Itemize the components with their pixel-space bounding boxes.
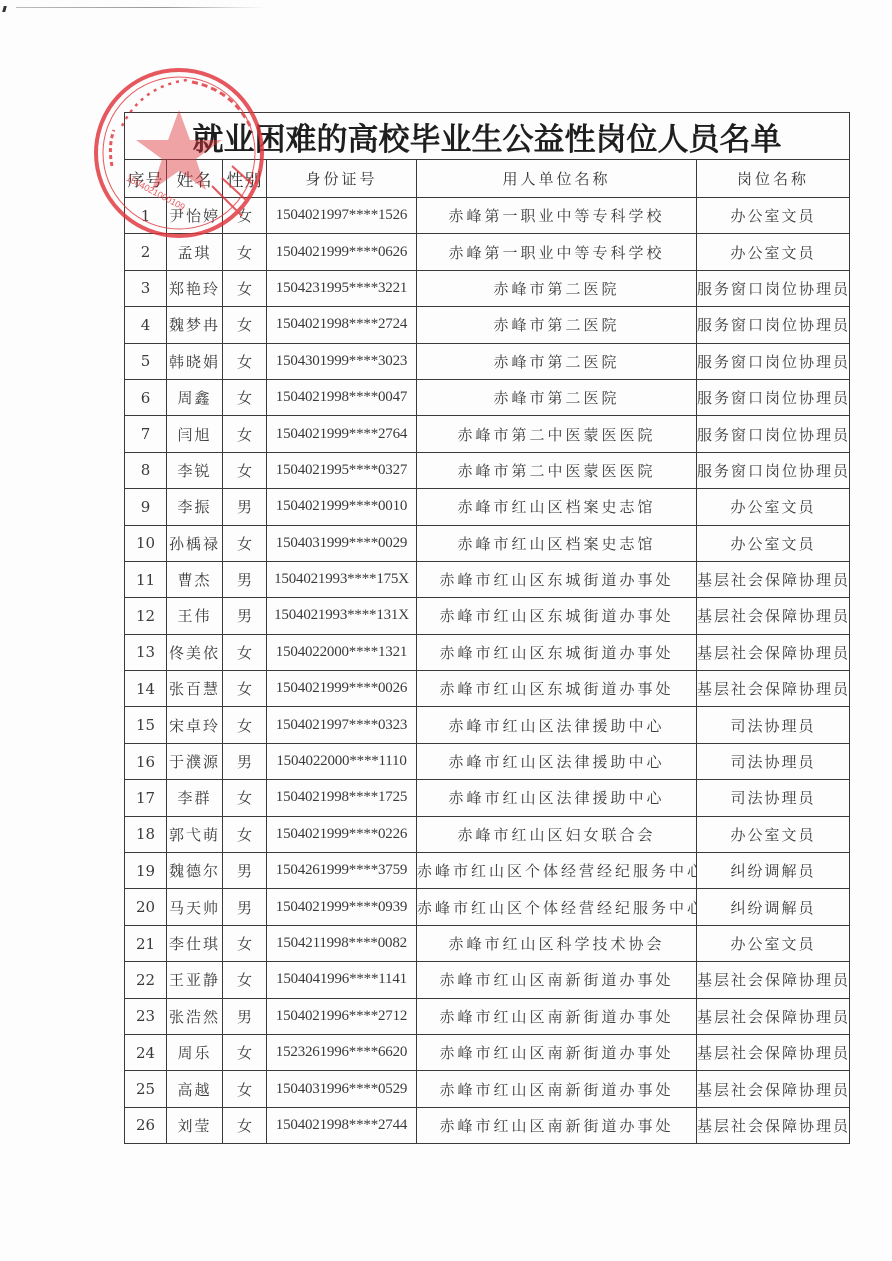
cell-gender: 男: [223, 743, 267, 779]
cell-name: 张浩然: [167, 998, 223, 1034]
cell-id: 1504022000****1321: [267, 634, 417, 670]
cell-id: 1504021998****2744: [267, 1107, 417, 1143]
cell-gender: 男: [223, 853, 267, 889]
cell-unit: 赤峰市第二医院: [417, 270, 697, 306]
cell-no: 24: [125, 1034, 167, 1070]
cell-id: 1504021998****0047: [267, 379, 417, 415]
cell-name: 马天帅: [167, 889, 223, 925]
table-row: 15宋卓玲女1504021997****0323赤峰市红山区法律援助中心司法协理…: [125, 707, 850, 743]
cell-post: 服务窗口岗位协理员: [697, 307, 850, 343]
cell-gender: 女: [223, 234, 267, 270]
cell-unit: 赤峰市红山区南新街道办事处: [417, 1107, 697, 1143]
cell-unit: 赤峰市第二医院: [417, 343, 697, 379]
cell-post: 司法协理员: [697, 707, 850, 743]
cell-post: 司法协理员: [697, 780, 850, 816]
cell-post: 基层社会保障协理员: [697, 1071, 850, 1107]
cell-unit: 赤峰市第二中医蒙医医院: [417, 416, 697, 452]
cell-unit: 赤峰市红山区个体经营经纪服务中心: [417, 853, 697, 889]
cell-id: 1504261999****3759: [267, 853, 417, 889]
cell-name: 高越: [167, 1071, 223, 1107]
cell-gender: 男: [223, 998, 267, 1034]
cell-id: 1504021993****175X: [267, 561, 417, 597]
cell-post: 服务窗口岗位协理员: [697, 343, 850, 379]
cell-no: 22: [125, 962, 167, 998]
cell-name: 李振: [167, 489, 223, 525]
cell-no: 17: [125, 780, 167, 816]
cell-no: 6: [125, 379, 167, 415]
cell-unit: 赤峰市红山区南新街道办事处: [417, 998, 697, 1034]
cell-name: 韩晓娟: [167, 343, 223, 379]
cell-no: 20: [125, 889, 167, 925]
cell-id: 1504021995****0327: [267, 452, 417, 488]
table-row: 3郑艳玲女1504231995****3221赤峰市第二医院服务窗口岗位协理员: [125, 270, 850, 306]
cell-post: 纠纷调解员: [697, 889, 850, 925]
table-row: 10孙楀禄女1504031999****0029赤峰市红山区档案史志馆办公室文员: [125, 525, 850, 561]
cell-id: 1504021997****1526: [267, 198, 417, 234]
cell-name: 孙楀禄: [167, 525, 223, 561]
cell-id: 1504021996****2712: [267, 998, 417, 1034]
cell-unit: 赤峰市红山区个体经营经纪服务中心: [417, 889, 697, 925]
cell-no: 12: [125, 598, 167, 634]
cell-gender: 女: [223, 1071, 267, 1107]
cell-post: 基层社会保障协理员: [697, 1107, 850, 1143]
column-header-id: 身份证号: [267, 160, 417, 198]
cell-gender: 女: [223, 270, 267, 306]
cell-post: 纠纷调解员: [697, 853, 850, 889]
cell-no: 14: [125, 671, 167, 707]
cell-name: 魏梦冉: [167, 307, 223, 343]
cell-name: 佟美依: [167, 634, 223, 670]
roster-sheet: 就业困难的高校毕业生公益性岗位人员名单 序号 姓名 性别 身份证号 用人单位名称…: [124, 112, 849, 1144]
cell-name: 刘莹: [167, 1107, 223, 1143]
cell-name: 郭弋萌: [167, 816, 223, 852]
scan-edge-mark: [2, 6, 7, 12]
document-title: 就业困难的高校毕业生公益性岗位人员名单: [125, 113, 850, 160]
cell-no: 7: [125, 416, 167, 452]
cell-unit: 赤峰市红山区法律援助中心: [417, 707, 697, 743]
cell-unit: 赤峰市红山区东城街道办事处: [417, 598, 697, 634]
cell-unit: 赤峰市红山区法律援助中心: [417, 780, 697, 816]
cell-gender: 女: [223, 962, 267, 998]
roster-table: 就业困难的高校毕业生公益性岗位人员名单 序号 姓名 性别 身份证号 用人单位名称…: [124, 112, 850, 1144]
cell-id: 1504031996****0529: [267, 1071, 417, 1107]
table-row: 2孟琪女1504021999****0626赤峰第一职业中等专科学校办公室文员: [125, 234, 850, 270]
cell-no: 2: [125, 234, 167, 270]
cell-gender: 女: [223, 379, 267, 415]
cell-gender: 女: [223, 1107, 267, 1143]
cell-id: 1504301999****3023: [267, 343, 417, 379]
cell-no: 4: [125, 307, 167, 343]
cell-unit: 赤峰市红山区科学技术协会: [417, 925, 697, 961]
cell-no: 3: [125, 270, 167, 306]
cell-unit: 赤峰市第二医院: [417, 379, 697, 415]
cell-name: 周鑫: [167, 379, 223, 415]
cell-post: 办公室文员: [697, 198, 850, 234]
cell-no: 16: [125, 743, 167, 779]
cell-unit: 赤峰第一职业中等专科学校: [417, 198, 697, 234]
column-header-post: 岗位名称: [697, 160, 850, 198]
cell-name: 李仕琪: [167, 925, 223, 961]
cell-id: 1504211998****0082: [267, 925, 417, 961]
cell-unit: 赤峰市红山区东城街道办事处: [417, 671, 697, 707]
cell-unit: 赤峰第一职业中等专科学校: [417, 234, 697, 270]
table-row: 11曹杰男1504021993****175X赤峰市红山区东城街道办事处基层社会…: [125, 561, 850, 597]
cell-unit: 赤峰市红山区东城街道办事处: [417, 634, 697, 670]
cell-post: 服务窗口岗位协理员: [697, 270, 850, 306]
cell-gender: 女: [223, 634, 267, 670]
table-row: 5韩晓娟女1504301999****3023赤峰市第二医院服务窗口岗位协理员: [125, 343, 850, 379]
cell-gender: 女: [223, 671, 267, 707]
cell-id: 1504021999****0226: [267, 816, 417, 852]
table-row: 17李群女1504021998****1725赤峰市红山区法律援助中心司法协理员: [125, 780, 850, 816]
cell-unit: 赤峰市红山区法律援助中心: [417, 743, 697, 779]
cell-id: 1504021999****0939: [267, 889, 417, 925]
cell-id: 1504021993****131X: [267, 598, 417, 634]
cell-no: 26: [125, 1107, 167, 1143]
cell-gender: 女: [223, 452, 267, 488]
cell-name: 尹怡婷: [167, 198, 223, 234]
cell-id: 1504021999****0626: [267, 234, 417, 270]
cell-no: 21: [125, 925, 167, 961]
cell-id: 1504022000****1110: [267, 743, 417, 779]
cell-no: 9: [125, 489, 167, 525]
cell-no: 10: [125, 525, 167, 561]
cell-post: 办公室文员: [697, 234, 850, 270]
table-row: 16于濮源男1504022000****1110赤峰市红山区法律援助中心司法协理…: [125, 743, 850, 779]
cell-id: 1504021999****0010: [267, 489, 417, 525]
roster-body: 1尹怡婷女1504021997****1526赤峰第一职业中等专科学校办公室文员…: [125, 198, 850, 1144]
cell-unit: 赤峰市红山区南新街道办事处: [417, 1071, 697, 1107]
table-row: 19魏德尔男1504261999****3759赤峰市红山区个体经营经纪服务中心…: [125, 853, 850, 889]
cell-no: 1: [125, 198, 167, 234]
cell-post: 基层社会保障协理员: [697, 998, 850, 1034]
cell-id: 1504021999****0026: [267, 671, 417, 707]
cell-post: 服务窗口岗位协理员: [697, 379, 850, 415]
cell-id: 1504031999****0029: [267, 525, 417, 561]
cell-post: 基层社会保障协理员: [697, 561, 850, 597]
cell-gender: 男: [223, 598, 267, 634]
column-header-row: 序号 姓名 性别 身份证号 用人单位名称 岗位名称: [125, 160, 850, 198]
cell-name: 王亚静: [167, 962, 223, 998]
table-row: 1尹怡婷女1504021997****1526赤峰第一职业中等专科学校办公室文员: [125, 198, 850, 234]
column-header-no: 序号: [125, 160, 167, 198]
table-row: 26刘莹女1504021998****2744赤峰市红山区南新街道办事处基层社会…: [125, 1107, 850, 1143]
cell-no: 25: [125, 1071, 167, 1107]
cell-no: 23: [125, 998, 167, 1034]
cell-gender: 女: [223, 198, 267, 234]
column-header-name: 姓名: [167, 160, 223, 198]
cell-id: 1504021999****2764: [267, 416, 417, 452]
cell-no: 13: [125, 634, 167, 670]
cell-unit: 赤峰市红山区档案史志馆: [417, 525, 697, 561]
cell-post: 办公室文员: [697, 489, 850, 525]
cell-gender: 女: [223, 780, 267, 816]
cell-no: 5: [125, 343, 167, 379]
cell-unit: 赤峰市红山区档案史志馆: [417, 489, 697, 525]
cell-id: 1523261996****6620: [267, 1034, 417, 1070]
cell-gender: 女: [223, 307, 267, 343]
table-row: 25高越女1504031996****0529赤峰市红山区南新街道办事处基层社会…: [125, 1071, 850, 1107]
table-row: 18郭弋萌女1504021999****0226赤峰市红山区妇女联合会办公室文员: [125, 816, 850, 852]
cell-name: 孟琪: [167, 234, 223, 270]
table-row: 12王伟男1504021993****131X赤峰市红山区东城街道办事处基层社会…: [125, 598, 850, 634]
cell-gender: 男: [223, 561, 267, 597]
cell-name: 魏德尔: [167, 853, 223, 889]
cell-name: 张百慧: [167, 671, 223, 707]
cell-id: 1504041996****1141: [267, 962, 417, 998]
cell-no: 15: [125, 707, 167, 743]
cell-id: 1504021998****2724: [267, 307, 417, 343]
cell-id: 1504021998****1725: [267, 780, 417, 816]
cell-post: 基层社会保障协理员: [697, 671, 850, 707]
cell-post: 办公室文员: [697, 925, 850, 961]
table-row: 13佟美依女1504022000****1321赤峰市红山区东城街道办事处基层社…: [125, 634, 850, 670]
cell-gender: 男: [223, 489, 267, 525]
cell-post: 办公室文员: [697, 816, 850, 852]
table-row: 24周乐女1523261996****6620赤峰市红山区南新街道办事处基层社会…: [125, 1034, 850, 1070]
table-row: 21李仕琪女1504211998****0082赤峰市红山区科学技术协会办公室文…: [125, 925, 850, 961]
table-row: 23张浩然男1504021996****2712赤峰市红山区南新街道办事处基层社…: [125, 998, 850, 1034]
table-row: 6周鑫女1504021998****0047赤峰市第二医院服务窗口岗位协理员: [125, 379, 850, 415]
cell-name: 李锐: [167, 452, 223, 488]
cell-gender: 女: [223, 343, 267, 379]
cell-gender: 女: [223, 1034, 267, 1070]
cell-gender: 男: [223, 889, 267, 925]
cell-unit: 赤峰市红山区南新街道办事处: [417, 962, 697, 998]
cell-no: 19: [125, 853, 167, 889]
cell-unit: 赤峰市第二中医蒙医医院: [417, 452, 697, 488]
cell-name: 于濮源: [167, 743, 223, 779]
cell-name: 王伟: [167, 598, 223, 634]
scan-edge-line: [16, 7, 266, 8]
cell-post: 司法协理员: [697, 743, 850, 779]
cell-id: 1504021997****0323: [267, 707, 417, 743]
column-header-gender: 性别: [223, 160, 267, 198]
cell-unit: 赤峰市红山区东城街道办事处: [417, 561, 697, 597]
cell-no: 18: [125, 816, 167, 852]
cell-gender: 女: [223, 707, 267, 743]
cell-unit: 赤峰市第二医院: [417, 307, 697, 343]
cell-id: 1504231995****3221: [267, 270, 417, 306]
cell-post: 基层社会保障协理员: [697, 598, 850, 634]
table-row: 9李振男1504021999****0010赤峰市红山区档案史志馆办公室文员: [125, 489, 850, 525]
cell-gender: 女: [223, 525, 267, 561]
cell-gender: 女: [223, 416, 267, 452]
cell-post: 基层社会保障协理员: [697, 1034, 850, 1070]
table-row: 14张百慧女1504021999****0026赤峰市红山区东城街道办事处基层社…: [125, 671, 850, 707]
cell-no: 11: [125, 561, 167, 597]
cell-unit: 赤峰市红山区妇女联合会: [417, 816, 697, 852]
cell-name: 郑艳玲: [167, 270, 223, 306]
cell-name: 周乐: [167, 1034, 223, 1070]
table-row: 20马天帅男1504021999****0939赤峰市红山区个体经营经纪服务中心…: [125, 889, 850, 925]
cell-post: 服务窗口岗位协理员: [697, 452, 850, 488]
column-header-unit: 用人单位名称: [417, 160, 697, 198]
table-row: 8李锐女1504021995****0327赤峰市第二中医蒙医医院服务窗口岗位协…: [125, 452, 850, 488]
cell-post: 办公室文员: [697, 525, 850, 561]
cell-name: 宋卓玲: [167, 707, 223, 743]
cell-name: 曹杰: [167, 561, 223, 597]
cell-post: 基层社会保障协理员: [697, 962, 850, 998]
cell-gender: 女: [223, 925, 267, 961]
cell-name: 闫旭: [167, 416, 223, 452]
cell-name: 李群: [167, 780, 223, 816]
table-row: 4魏梦冉女1504021998****2724赤峰市第二医院服务窗口岗位协理员: [125, 307, 850, 343]
cell-gender: 女: [223, 816, 267, 852]
cell-unit: 赤峰市红山区南新街道办事处: [417, 1034, 697, 1070]
cell-no: 8: [125, 452, 167, 488]
cell-post: 基层社会保障协理员: [697, 634, 850, 670]
cell-post: 服务窗口岗位协理员: [697, 416, 850, 452]
table-row: 22王亚静女1504041996****1141赤峰市红山区南新街道办事处基层社…: [125, 962, 850, 998]
table-row: 7闫旭女1504021999****2764赤峰市第二中医蒙医医院服务窗口岗位协…: [125, 416, 850, 452]
